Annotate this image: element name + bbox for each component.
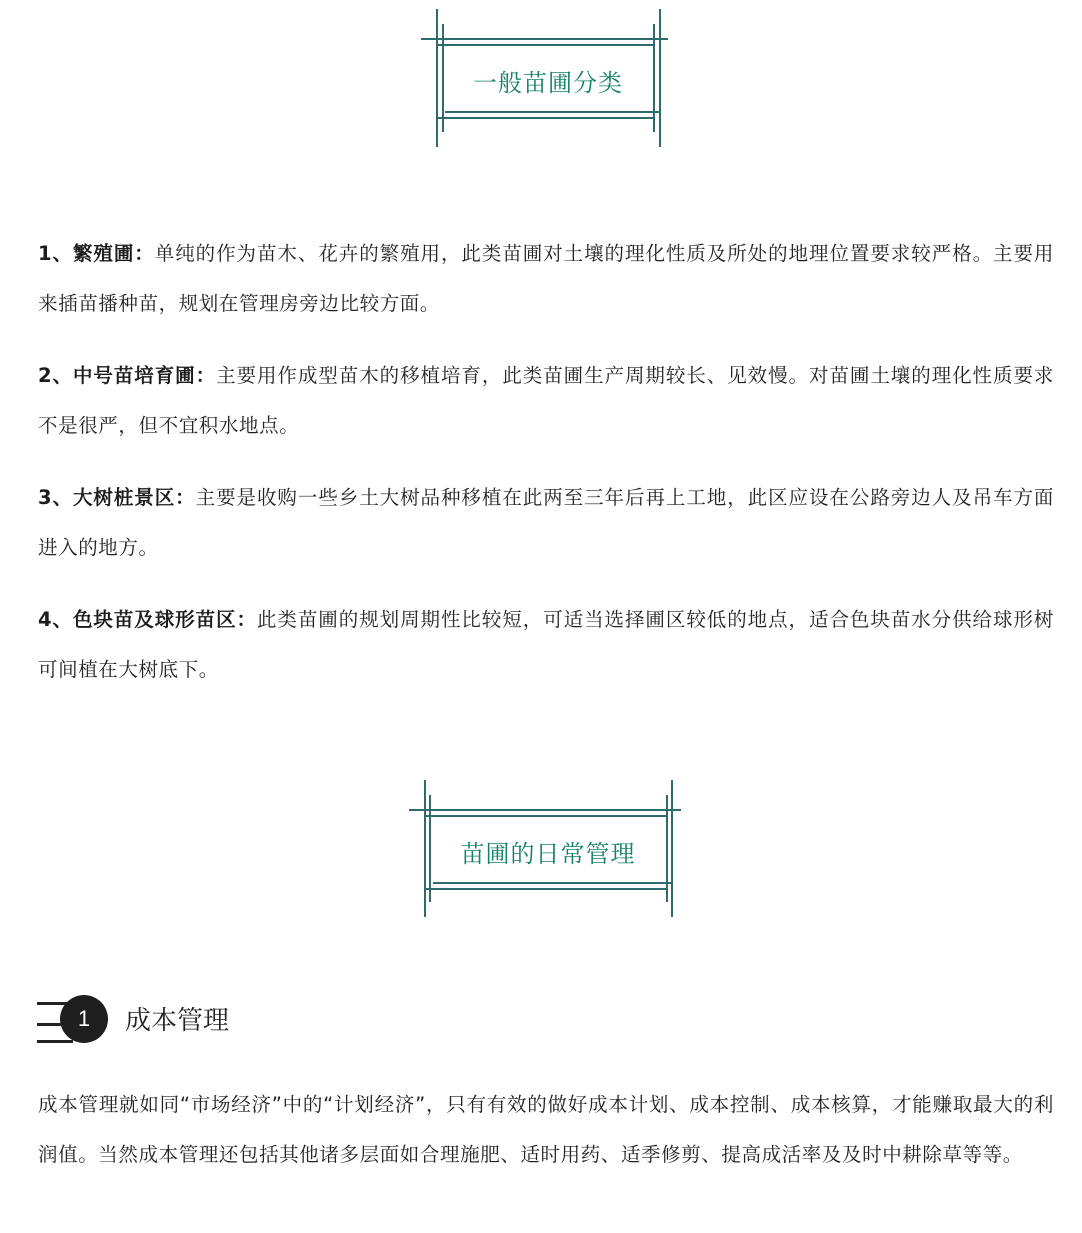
subsection-heading: 1 成本管理 [36, 994, 436, 1044]
frame-line [424, 815, 667, 817]
frame-line [409, 809, 681, 811]
number-badge: 1 [60, 995, 108, 1043]
heading-decor-line [37, 1040, 73, 1043]
frame-line [424, 888, 667, 890]
section-title-frame-2: 苗圃的日常管理 [0, 0, 1082, 930]
frame-line [433, 882, 672, 884]
subsection-title: 成本管理 [125, 1000, 229, 1037]
section-title: 苗圃的日常管理 [424, 834, 672, 869]
subsection-body: 成本管理就如同“市场经济”中的“计划经济”，只有有效的做好成本计划、成本控制、成… [38, 1080, 1054, 1179]
